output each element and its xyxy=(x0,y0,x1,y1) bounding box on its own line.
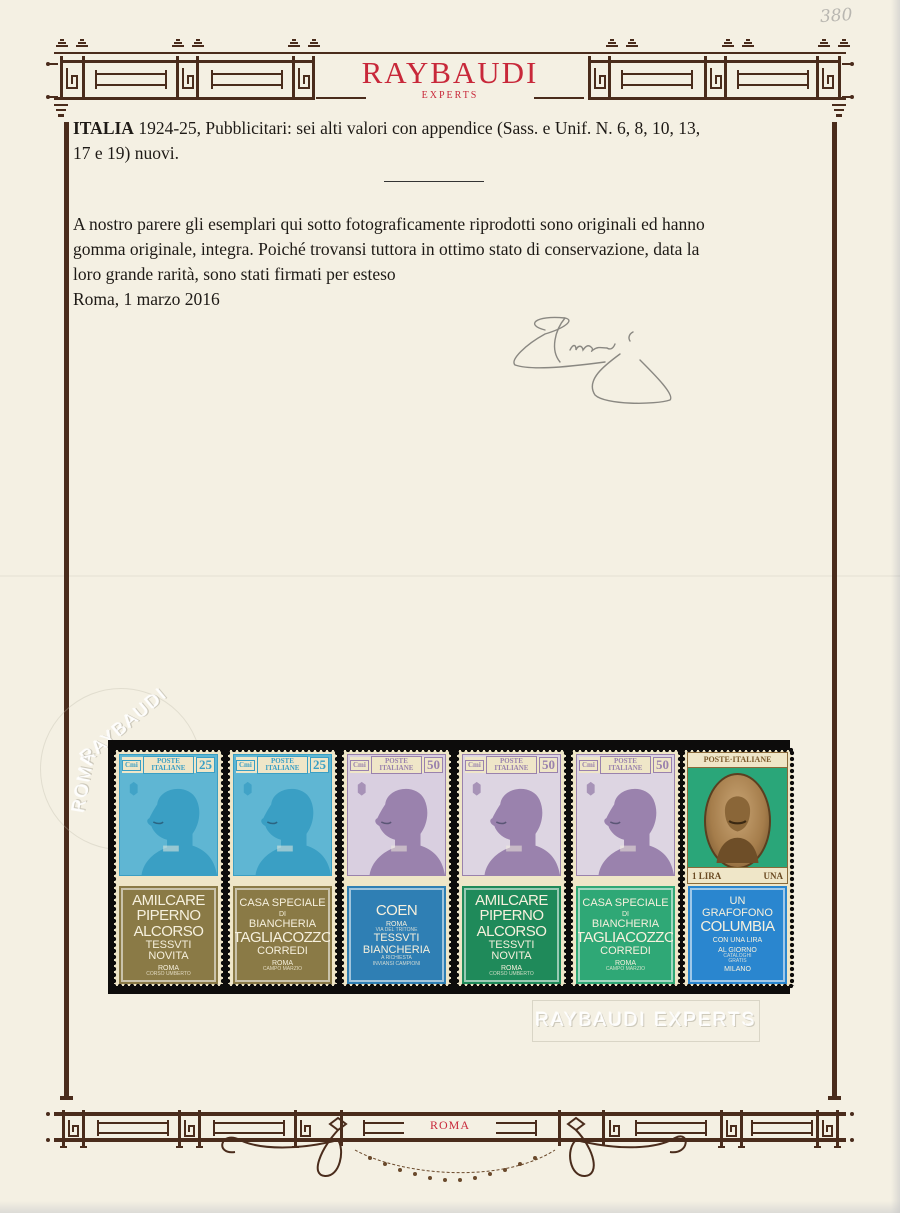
ad-text: CORREDI xyxy=(257,946,308,958)
advertising-label: AMILCAREPIPERNOALCORSOTESSVTINOVITAROMAC… xyxy=(464,888,559,982)
ad-text: CORSO UMBERTO xyxy=(146,972,191,977)
embossed-rect-seal: RAYBAUDI EXPERTS xyxy=(532,1000,760,1042)
stamp: CmiPOSTE ITALIANE50AMILCAREPIPERNOALCORS… xyxy=(457,750,566,986)
ad-text: AMILCARE xyxy=(475,893,548,909)
ad-text: VIA DEL TRITONE xyxy=(376,928,418,933)
advertising-label: COENROMAVIA DEL TRITONETESSVTIBIANCHERIA… xyxy=(349,888,444,982)
stamp: POSTE·ITALIANE1 LIRAUNAUNGRAFOFONOCOLUMB… xyxy=(683,750,792,986)
ad-text: CON UNA LIRA xyxy=(713,937,762,944)
advertising-label: AMILCAREPIPERNOALCORSOTESSVTINOVITAROMAC… xyxy=(121,888,216,982)
bottom-ornamental-border xyxy=(40,1080,860,1190)
ad-text: ALCORSO xyxy=(477,924,547,940)
stamp-country-label: POSTE ITALIANE xyxy=(486,756,537,774)
stamp-value: 1 LIRAUNA xyxy=(688,867,787,883)
stamp: CmiPOSTE ITALIANE50CASA SPECIALEDIBIANCH… xyxy=(571,750,680,986)
stamp-photo-panel: CmiPOSTE ITALIANE25AMILCAREPIPERNOALCORS… xyxy=(108,740,790,994)
stamp-header: CmiPOSTE ITALIANE25 xyxy=(236,757,329,773)
stamp-header: CmiPOSTE ITALIANE25 xyxy=(122,757,215,773)
date-line: Roma, 1 marzo 2016 xyxy=(73,287,833,312)
left-column-border xyxy=(64,122,69,1094)
centesimi-label: Cmi xyxy=(122,760,141,771)
brand-subtitle: EXPERTS xyxy=(330,90,570,101)
stamp-value: 25 xyxy=(310,757,329,773)
king-portrait xyxy=(234,775,331,875)
stamp-header: CmiPOSTE ITALIANE50 xyxy=(350,757,443,773)
centesimi-label: Cmi xyxy=(465,760,484,771)
ad-text: CORREDI xyxy=(600,946,651,958)
king-portrait xyxy=(120,775,217,875)
stamp-country-label: POSTE ITALIANE xyxy=(143,756,194,774)
ad-text: PIPERNO xyxy=(136,908,200,924)
king-portrait xyxy=(348,775,445,875)
stamp-header: CmiPOSTE ITALIANE50 xyxy=(579,757,672,773)
stamp-value: 50 xyxy=(424,757,443,773)
ad-text: CASA SPECIALE xyxy=(239,898,325,910)
advertising-label: CASA SPECIALEDIBIANCHERIATAGLIACOZZOCORR… xyxy=(578,888,673,982)
ad-text: MILANO xyxy=(724,966,751,973)
opinion-line: gomma originale, integra. Poiché trovans… xyxy=(73,237,833,262)
country-name: ITALIA xyxy=(73,118,134,138)
ad-text: CAMPO MARZIO xyxy=(263,967,302,972)
king-portrait xyxy=(463,775,560,875)
expert-opinion: A nostro parere gli esemplari qui sotto … xyxy=(73,212,833,312)
king-portrait xyxy=(704,773,771,869)
stamp-design: POSTE·ITALIANE1 LIRAUNA xyxy=(687,752,788,884)
ad-text: COEN xyxy=(376,903,417,919)
stamp-design: CmiPOSTE ITALIANE25 xyxy=(119,754,218,876)
stamp-header: CmiPOSTE ITALIANE50 xyxy=(465,757,558,773)
brand-name: RAYBAUDI xyxy=(330,57,570,88)
ad-text: NOVITA xyxy=(148,951,188,963)
paper-fold xyxy=(0,575,900,577)
ad-text: TAGLIACOZZO xyxy=(576,930,675,946)
stamp-country-label: POSTE·ITALIANE xyxy=(688,753,787,768)
title-line-2: 17 e 19) nuovi. xyxy=(73,141,833,166)
stamp-value: 50 xyxy=(539,757,558,773)
signature xyxy=(505,310,705,410)
ad-text: NOVITA xyxy=(491,951,531,963)
ad-text: ALCORSO xyxy=(134,924,204,940)
advertising-label: UNGRAFOFONOCOLUMBIACON UNA LIRAAL GIORNO… xyxy=(690,888,785,982)
ad-text: TAGLIACOZZO xyxy=(233,930,332,946)
opinion-line: A nostro parere gli esemplari qui sotto … xyxy=(73,212,833,237)
stamp-design: CmiPOSTE ITALIANE50 xyxy=(462,754,561,876)
stamp-country-label: POSTE ITALIANE xyxy=(257,756,308,774)
ad-text: COLUMBIA xyxy=(700,919,774,935)
stamp-design: CmiPOSTE ITALIANE25 xyxy=(233,754,332,876)
title-line-1: 1924-25, Pubblicitari: sei alti valori c… xyxy=(134,118,700,138)
stamp-value: 25 xyxy=(196,757,215,773)
ad-text: AMILCARE xyxy=(132,893,205,909)
centesimi-label: Cmi xyxy=(579,760,598,771)
footer-place: ROMA xyxy=(420,1118,480,1133)
king-portrait xyxy=(577,775,674,875)
stamp-country-label: POSTE ITALIANE xyxy=(600,756,651,774)
stamp-design: CmiPOSTE ITALIANE50 xyxy=(576,754,675,876)
brand-logo: RAYBAUDI EXPERTS xyxy=(330,57,570,101)
ad-text: CASA SPECIALE xyxy=(582,898,668,910)
stamp: CmiPOSTE ITALIANE25CASA SPECIALEDIBIANCH… xyxy=(228,750,337,986)
pencil-note: 380 xyxy=(819,5,853,27)
ad-text: PIPERNO xyxy=(479,908,543,924)
centesimi-label: Cmi xyxy=(236,760,255,771)
divider xyxy=(384,181,484,182)
stamp-country-label: POSTE ITALIANE xyxy=(371,756,422,774)
stamp-value: 50 xyxy=(653,757,672,773)
certificate-title: ITALIA 1924-25, Pubblicitari: sei alti v… xyxy=(73,116,833,166)
opinion-line: loro grande rarità, sono stati firmati p… xyxy=(73,262,833,287)
stamp-design: CmiPOSTE ITALIANE50 xyxy=(347,754,446,876)
centesimi-label: Cmi xyxy=(350,760,369,771)
ad-text: INVIANSI CAMPIONI xyxy=(373,962,421,967)
stamp: CmiPOSTE ITALIANE50COENROMAVIA DEL TRITO… xyxy=(342,750,451,986)
stamp: CmiPOSTE ITALIANE25AMILCAREPIPERNOALCORS… xyxy=(114,750,223,986)
ad-text: CORSO UMBERTO xyxy=(489,972,534,977)
ad-text: GRATIS xyxy=(728,959,746,964)
advertising-label: CASA SPECIALEDIBIANCHERIATAGLIACOZZOCORR… xyxy=(235,888,330,982)
ad-text: CAMPO MARZIO xyxy=(606,967,645,972)
